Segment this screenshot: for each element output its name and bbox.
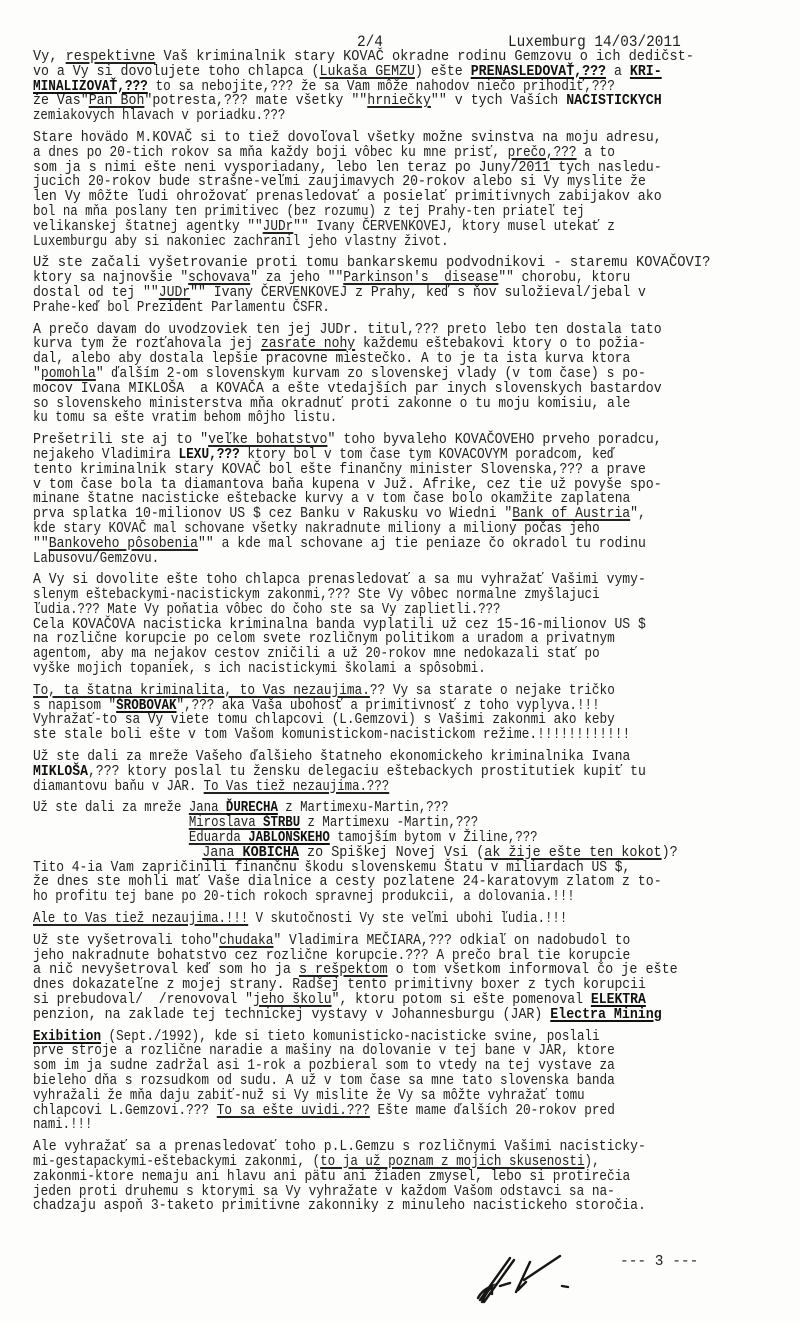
underlined-text: Parkinson's disease bbox=[343, 270, 498, 286]
text-segment: ?? Vy sa starate o nejake tričko bbox=[370, 683, 615, 699]
text-line: prva splatka 10-milionov US $ cez Banku … bbox=[33, 507, 717, 522]
text-segment: Ešte mame ďalších 20-rokov pred bbox=[370, 1103, 615, 1119]
paragraph: Ale to Vas tiež nezaujima.!!! V skutočno… bbox=[33, 912, 793, 927]
text-line: Už ste vyšetrovali toho"chudaka" Vladimi… bbox=[33, 934, 708, 949]
document-page: 2/4 Luxemburg 14/03/2011 Vy, respektivne… bbox=[0, 0, 800, 1321]
underlined-text: respektivne bbox=[66, 49, 156, 65]
text-segment: ) ešte bbox=[415, 64, 471, 80]
text-segment: ,??? ktory poslal tu žensku delegaciu eš… bbox=[88, 764, 646, 780]
text-line: dostal od tej ""JUDr"" Ivany ČERVENKOVEJ… bbox=[33, 286, 717, 301]
underlined-text: ak žije ešte ten kokot bbox=[484, 845, 661, 861]
text-line: zakonmi-ktore nemaju ani hlavu ani pätu … bbox=[33, 1170, 708, 1185]
text-segment: A Vy si dovolite ešte toho chlapca prena… bbox=[33, 572, 646, 588]
text-line: Luxemburgu aby si nakoniec zachranil jeh… bbox=[33, 235, 679, 250]
text-line: vyške mojich topaniek, s ich nacistickym… bbox=[33, 662, 679, 677]
text-segment: agentom, aby ma nejakov cestov zničili a… bbox=[33, 646, 600, 662]
text-line: MIKLOŠA,??? ktory poslal tu žensku deleg… bbox=[33, 765, 717, 780]
text-segment: Už ste dali za mreže Vašeho ďalšieho šta… bbox=[33, 749, 630, 765]
text-line: zemiakovych hlavach v poriadku.??? bbox=[33, 109, 679, 124]
text-line: ku tomu sa ešte vratim behom môjho listu… bbox=[33, 411, 679, 426]
text-segment: Ale vyhražať sa a prenasledovať toho p.L… bbox=[33, 1139, 646, 1155]
text-line: slenym eštebackymi-nacistickym zakonmi,?… bbox=[33, 588, 691, 603]
text-line: Už ste dali za mreže Vašeho ďalšieho šta… bbox=[33, 750, 708, 765]
text-line: kurva tym že rozťahovala jej zasrate noh… bbox=[33, 337, 717, 352]
underlined-text: Pan Boh bbox=[89, 93, 145, 109]
text-segment: Prahe-keď bol Prezident Parlamentu ČSFR. bbox=[33, 300, 330, 316]
underlined-text: Lukaša GEMZU bbox=[319, 64, 415, 80]
text-segment: vyhražali že mňa daju zabiť-nuž si Vy mi… bbox=[33, 1088, 585, 1104]
text-segment: ", ktoru potom si ešte pomenoval bbox=[332, 992, 591, 1008]
paragraph: A Vy si dovolite ešte toho chlapca prena… bbox=[33, 573, 793, 677]
text-line: Už ste dali za mreže Jana ĎURECHA z Mart… bbox=[33, 801, 679, 816]
text-line: vyhražali že mňa daju zabiť-nuž si Vy mi… bbox=[33, 1089, 682, 1104]
text-segment: Luxemburgu aby si nakoniec zachranil jeh… bbox=[33, 234, 449, 250]
text-line: Už ste začali vyšetrovanie proti tomu ba… bbox=[33, 256, 752, 271]
text-segment: zemiakovych hlavach v poriadku.??? bbox=[33, 108, 285, 124]
underlined-text: pomohla bbox=[41, 366, 96, 382]
text-segment: mi-gestapackymi-eštebackymi zakonmi, ( bbox=[33, 1154, 320, 1170]
text-segment: Prešetrili ste aj to " bbox=[33, 432, 208, 448]
text-segment: penzion, na zaklade tej technickej vysta… bbox=[33, 1007, 550, 1023]
bold-text: MIKLOŠA bbox=[33, 764, 88, 780]
text-line: ľudia.??? Mate Vy poňatia vôbec do čoho … bbox=[33, 603, 679, 618]
text-line: jeho nakradnute bohatstvo cez rozlične k… bbox=[33, 949, 708, 964]
text-segment: " ďalším 2-om slovenskym kurvam zo slove… bbox=[96, 366, 646, 382]
text-segment: z Martimexu -Martin,??? bbox=[300, 815, 478, 831]
underlined-text: To sa ešte uvidi.??? bbox=[217, 1103, 370, 1119]
text-segment: "" bbox=[33, 536, 49, 552]
text-segment: ku tomu sa ešte vratim behom môjho listu… bbox=[33, 410, 337, 426]
text-line: ste stale boli ešte v tom Vašom komunist… bbox=[33, 728, 708, 743]
underlined-text: ELEKTRA bbox=[591, 992, 646, 1008]
text-segment: jeho nakradnute bohatstvo cez rozlične k… bbox=[33, 948, 630, 964]
underlined-text: ŠROBOVAK bbox=[116, 698, 176, 714]
text-line: len Vy môžte ľudi ohrožovať prenasledova… bbox=[33, 190, 726, 205]
underlined-text: ĎURECHA bbox=[226, 800, 278, 816]
bold-text: NACISTICKYCH bbox=[566, 93, 662, 109]
text-segment: "" v tych Vaších bbox=[431, 93, 566, 109]
text-segment: ľudia.??? Mate Vy poňatia vôbec do čoho … bbox=[33, 602, 500, 618]
paragraph: Vy, respektivne Vaš kriminalnik stary KO… bbox=[33, 50, 793, 124]
underlined-text: hrniečky bbox=[367, 93, 431, 109]
text-line: Miroslava ŠTRBU z Martimexu -Martin,??? bbox=[33, 816, 679, 831]
text-segment: )? bbox=[662, 845, 678, 861]
text-segment: o tom všetkom informoval čo je ešte bbox=[388, 962, 678, 978]
text-line: penzion, na zaklade tej technickej vysta… bbox=[33, 1008, 726, 1023]
text-segment: bieleho dňa s rozsudkom od sudu. A už v … bbox=[33, 1073, 615, 1089]
text-segment: " bbox=[33, 366, 41, 382]
letter-header: 2/4 Luxemburg 14/03/2011 bbox=[0, 29, 800, 47]
text-line: To, ta štatna kriminalita, to Vas nezauj… bbox=[33, 684, 700, 699]
text-segment: Už ste dali za mreže bbox=[33, 800, 189, 816]
text-segment: každemu eštebakovi ktory o to požia- bbox=[355, 336, 646, 352]
text-segment: si prebudoval/ /renovoval " bbox=[33, 992, 253, 1008]
underlined-text: Miroslava bbox=[189, 815, 263, 831]
underlined-text: KOBICHA bbox=[243, 845, 299, 861]
text-line: prve stroje a rozlične naradie a mašiny … bbox=[33, 1044, 700, 1059]
text-segment: " Vladimira MEČIARA,??? odkiaľ on nadobu… bbox=[273, 933, 630, 949]
text-segment: nami.!!! bbox=[33, 1117, 92, 1133]
text-line: "pomohla" ďalším 2-om slovenskym kurvam … bbox=[33, 367, 717, 382]
text-segment: ho profitu tej bane po 20-tich rokoch sp… bbox=[33, 889, 575, 905]
text-line: Eduarda JABLONSKEHO tamojším bytom v Žil… bbox=[33, 831, 679, 846]
text-segment: Vaš kriminalnik stary KOVAČ okradne rodi… bbox=[155, 49, 694, 65]
text-line: Exibition (Sept./1992), kde si tieto kom… bbox=[33, 1030, 691, 1045]
text-line: diamantovu baňu v JAR. To Vas tiež nezau… bbox=[33, 780, 679, 795]
text-line: a dnes po 20-tich rokov sa mňa každy boj… bbox=[33, 146, 700, 161]
text-line: chadzaju aspoň 3-taketo primitivne zakon… bbox=[33, 1199, 717, 1214]
text-line: nami.!!! bbox=[33, 1118, 679, 1133]
text-segment: dal, alebo aby dostala lepšie pracovne m… bbox=[33, 351, 630, 367]
text-segment: chlapcovi L.Gemzovi.??? bbox=[33, 1103, 217, 1119]
text-segment: tamojším bytom v Žiline,??? bbox=[330, 830, 538, 846]
text-line: s napisom "ŠROBOVAK",??? aka Vaša ubohos… bbox=[33, 699, 691, 714]
text-segment: ktory sa najnovšie " bbox=[33, 270, 188, 286]
text-segment: chadzaju aspoň 3-taketo primitivne zakon… bbox=[33, 1198, 646, 1214]
text-segment: (Sept./1992), kde si tieto komunisticko-… bbox=[101, 1029, 600, 1045]
text-segment: "potresta,??? mate všetky "" bbox=[144, 93, 367, 109]
underlined-text: s rešpektom bbox=[299, 962, 388, 978]
text-segment: ktory bol v tom čase tym KOVACOVYM porad… bbox=[240, 447, 615, 463]
text-segment: Labusovu/Gemzovu. bbox=[33, 551, 159, 567]
text-line: bol na mňa poslany ten primitivec (bez r… bbox=[33, 205, 682, 220]
text-segment: V skutočnosti Vy ste veľmi ubohi ľudia.!… bbox=[248, 911, 567, 927]
text-segment: bol na mňa poslany ten primitivec (bez r… bbox=[33, 204, 585, 220]
underlined-text: schovava bbox=[188, 270, 250, 286]
text-line: agentom, aby ma nejakov cestov zničili a… bbox=[33, 647, 691, 662]
text-segment: zo Spiškej Novej Vsi ( bbox=[299, 845, 484, 861]
underlined-text: prečo,??? bbox=[508, 145, 577, 161]
text-line: kde stary KOVAČ mal schovane všetky nakr… bbox=[33, 522, 691, 537]
signature-icon bbox=[470, 1250, 590, 1305]
text-segment: tento kriminalnik stary KOVAČ bol ešte f… bbox=[33, 462, 646, 478]
text-segment: Vy, bbox=[33, 49, 66, 65]
text-line: dnes dokazateľne z mojej strany. Radšej … bbox=[33, 978, 717, 993]
paragraph: Už ste dali za mreže Jana ĎURECHA z Mart… bbox=[33, 801, 793, 905]
text-segment: Stare hovädo M.KOVAČ si to tiež dovoľova… bbox=[33, 130, 662, 146]
text-segment: že dnes ste mohli mať Vaše dialnice a ce… bbox=[33, 874, 662, 890]
text-segment: mocov Ivana MIKLOŠA a KOVAČA a ešte vted… bbox=[33, 381, 662, 397]
text-segment: vyške mojich topaniek, s ich nacistickym… bbox=[33, 661, 486, 677]
text-segment: ", bbox=[630, 506, 646, 522]
text-line: Vy, respektivne Vaš kriminalnik stary KO… bbox=[33, 50, 743, 65]
text-line: nejakeho Vladimira LEXU,??? ktory bol v … bbox=[33, 448, 700, 463]
underlined-text: Bank of Austria bbox=[512, 506, 630, 522]
text-line: jeden proti druhemu s ktorymi sa Vy vyhr… bbox=[33, 1185, 700, 1200]
text-segment: "" chorobu, ktoru bbox=[498, 270, 630, 286]
text-segment: " za jeho "" bbox=[250, 270, 343, 286]
text-segment: to sa nebojite,??? že sa Vam môže nahodo… bbox=[148, 79, 615, 95]
page-number: --- 3 --- bbox=[620, 1254, 698, 1270]
paragraph: Exibition (Sept./1992), kde si tieto kom… bbox=[33, 1030, 793, 1134]
text-line: mi-gestapackymi-eštebackymi zakonmi, (to… bbox=[33, 1155, 691, 1170]
text-segment: ste stale boli ešte v tom Vašom komunist… bbox=[33, 727, 630, 743]
text-segment: " toho byvaleho KOVAČOVEHO prveho poradc… bbox=[327, 432, 661, 448]
text-line: vo a Vy si dovolujete toho chlapca (Luka… bbox=[33, 65, 726, 80]
text-segment: "" Ivany ČERVENKOVEJ z Prahy, keď s ňov … bbox=[190, 285, 646, 301]
underlined-text: ŠTRBU bbox=[263, 815, 300, 831]
text-segment: len Vy môžte ľudi ohrožovať prenasledova… bbox=[33, 189, 662, 205]
paragraph: Ale vyhražať sa a prenasledovať toho p.L… bbox=[33, 1140, 793, 1214]
underlined-text: veľke bohatstvo bbox=[208, 432, 327, 448]
text-segment: som ja s nimi ešte neni vysporiadany, le… bbox=[33, 160, 662, 176]
text-segment: kde stary KOVAČ mal schovane všetky nakr… bbox=[33, 521, 600, 537]
text-line: že dnes ste mohli mať Vaše dialnice a ce… bbox=[33, 875, 726, 890]
text-segment: Už ste začali vyšetrovanie proti tomu ba… bbox=[33, 255, 710, 271]
text-line: Stare hovädo M.KOVAČ si to tiež dovoľova… bbox=[33, 131, 726, 146]
text-line: Ale to Vas tiež nezaujima.!!! V skutočno… bbox=[33, 912, 679, 927]
paragraph: Stare hovädo M.KOVAČ si to tiež dovoľova… bbox=[33, 131, 793, 249]
text-segment: jeden proti druhemu s ktorymi sa Vy vyhr… bbox=[33, 1184, 615, 1200]
paragraph: Už ste vyšetrovali toho"chudaka" Vladimi… bbox=[33, 934, 793, 1023]
text-segment bbox=[33, 845, 202, 861]
underlined-text: JUDr bbox=[159, 285, 190, 301]
text-segment: diamantovu baňu v JAR. bbox=[33, 779, 204, 795]
text-segment bbox=[33, 830, 189, 846]
text-line: si prebudoval/ /renovoval "jeho školu", … bbox=[33, 993, 717, 1008]
text-segment: jucich 20-rokov bude strašne-veľmi zauji… bbox=[33, 174, 646, 190]
text-line: Cela KOVAČOVA nacisticka kriminalna band… bbox=[33, 618, 717, 633]
text-line: Ale vyhražať sa a prenasledovať toho p.L… bbox=[33, 1140, 717, 1155]
text-line: A Vy si dovolite ešte toho chlapca prena… bbox=[33, 573, 717, 588]
text-segment: ",??? aka Vaša ubohosť a primitivnosť z … bbox=[177, 698, 600, 714]
text-segment: prve stroje a rozlične naradie a mašiny … bbox=[33, 1043, 615, 1059]
text-segment: A prečo davam do uvodzoviek ten jej JUDr… bbox=[33, 322, 662, 338]
text-segment: vo a Vy si dovolujete toho chlapca ( bbox=[33, 64, 319, 80]
underlined-text: Ale to Vas tiež nezaujima.!!! bbox=[33, 911, 248, 927]
underlined-text: Jana bbox=[202, 845, 242, 861]
text-segment: "" Ivany ČERVENKOVEJ, ktory musel utekať… bbox=[293, 219, 615, 235]
text-segment: a dnes po 20-tich rokov sa mňa každy boj… bbox=[33, 145, 508, 161]
text-line: mocov Ivana MIKLOŠA a KOVAČA a ešte vted… bbox=[33, 382, 726, 397]
text-segment: minane štatne nacisticke eštebacke kurvy… bbox=[33, 491, 630, 507]
text-segment bbox=[33, 815, 189, 831]
text-segment: slenym eštebackymi-nacistickym zakonmi,?… bbox=[33, 587, 600, 603]
text-line: ""Bankoveho pôsobenia"" a kde mal schova… bbox=[33, 537, 717, 552]
underlined-text: PRENASLEDOVAŤ,??? bbox=[471, 64, 606, 80]
text-segment: a bbox=[606, 64, 630, 80]
text-segment: z Martimexu-Martin,??? bbox=[278, 800, 449, 816]
underlined-text: KRI- bbox=[630, 64, 662, 80]
text-line: minane štatne nacisticke eštebacke kurvy… bbox=[33, 492, 708, 507]
text-segment: zakonmi-ktore nemaju ani hlavu ani pätu … bbox=[33, 1169, 630, 1185]
text-segment: na rozlične korupcie po celom svete rozl… bbox=[33, 631, 615, 647]
underlined-text: Bankoveho pôsobenia bbox=[49, 536, 198, 552]
paragraph: Už ste dali za mreže Vašeho ďalšieho šta… bbox=[33, 750, 793, 794]
text-segment: prva splatka 10-milionov US $ cez Banku … bbox=[33, 506, 512, 522]
text-segment: kurva tym že rozťahovala jej bbox=[33, 336, 261, 352]
text-line: že Vas"Pan Boh"potresta,??? mate všetky … bbox=[33, 94, 726, 109]
paragraph: Už ste začali vyšetrovanie proti tomu ba… bbox=[33, 256, 793, 315]
text-segment: Tito 4-ia Vam zapričinili finančnu škodu… bbox=[33, 860, 630, 876]
underlined-text: chudaka bbox=[219, 933, 273, 949]
text-line: Prešetrili ste aj to "veľke bohatstvo" t… bbox=[33, 433, 726, 448]
text-segment: "" a kde mal schovane aj tie peniaze čo … bbox=[198, 536, 646, 552]
text-segment: že Vas" bbox=[33, 93, 89, 109]
text-segment: nejakeho Vladimira bbox=[33, 447, 178, 463]
text-line: v tom čase bola ta diamantova baňa kupen… bbox=[33, 478, 726, 493]
text-line: MINALIZOVAŤ,??? to sa nebojite,??? že sa… bbox=[33, 80, 700, 95]
underlined-text: To Vas tiež nezaujima.??? bbox=[204, 779, 390, 795]
text-segment: Cela KOVAČOVA nacisticka kriminalna band… bbox=[33, 617, 646, 633]
text-line: Prahe-keď bol Prezident Parlamentu ČSFR. bbox=[33, 301, 679, 316]
text-line: ktory sa najnovšie "schovava" za jeho ""… bbox=[33, 271, 708, 286]
text-line: chlapcovi L.Gemzovi.??? To sa ešte uvidi… bbox=[33, 1104, 700, 1119]
text-line: tento kriminalnik stary KOVAČ bol ešte f… bbox=[33, 463, 717, 478]
letter-body: Vy, respektivne Vaš kriminalnik stary KO… bbox=[33, 50, 793, 1221]
text-segment: velikanskej štatnej agentky "" bbox=[33, 219, 263, 235]
text-segment: Vyhražať-to sa Vy viete tomu chlapcovi (… bbox=[33, 712, 615, 728]
text-segment: so slovenskeho ministerstva mňa okradnuť… bbox=[33, 396, 630, 412]
paragraph: Prešetrili ste aj to "veľke bohatstvo" t… bbox=[33, 433, 793, 566]
text-line: A prečo davam do uvodzoviek ten jej JUDr… bbox=[33, 323, 726, 338]
text-line: ho profitu tej bane po 20-tich rokoch sp… bbox=[33, 890, 679, 905]
text-line: na rozlične korupcie po celom svete rozl… bbox=[33, 632, 700, 647]
underlined-text: Exibition bbox=[33, 1029, 101, 1045]
text-line: so slovenskeho ministerstva mňa okradnuť… bbox=[33, 397, 708, 412]
text-line: jucich 20-rokov bude strašne-veľmi zauji… bbox=[33, 175, 717, 190]
text-line: a nič nevyšetroval keď som ho ja s rešpe… bbox=[33, 963, 735, 978]
text-segment: a to bbox=[577, 145, 615, 161]
text-line: Jana KOBICHA zo Spiškej Novej Vsi (ak ži… bbox=[33, 846, 735, 861]
underlined-text: To, ta štatna kriminalita, to Vas nezauj… bbox=[33, 683, 370, 699]
paragraph: To, ta štatna kriminalita, to Vas nezauj… bbox=[33, 684, 793, 743]
text-segment: v tom čase bola ta diamantova baňa kupen… bbox=[33, 477, 662, 493]
text-line: som im ja sudne zadržal asi 1-rok a pozb… bbox=[33, 1059, 700, 1074]
text-segment: dnes dokazateľne z mojej strany. Radšej … bbox=[33, 977, 646, 993]
text-segment: s napisom " bbox=[33, 698, 116, 714]
underlined-text: Electra Mining bbox=[550, 1007, 661, 1023]
underlined-text: Eduarda bbox=[189, 830, 248, 846]
text-line: Vyhražať-to sa Vy viete tomu chlapcovi (… bbox=[33, 713, 700, 728]
text-line: velikanskej štatnej agentky ""JUDr"" Iva… bbox=[33, 220, 700, 235]
text-line: dal, alebo aby dostala lepšie pracovne m… bbox=[33, 352, 708, 367]
underlined-text: MINALIZOVAŤ,??? bbox=[33, 79, 148, 95]
underlined-text: Jana bbox=[189, 800, 226, 816]
text-segment: a nič nevyšetroval keď som ho ja bbox=[33, 962, 299, 978]
text-segment: dostal od tej "" bbox=[33, 285, 159, 301]
paragraph: A prečo davam do uvodzoviek ten jej JUDr… bbox=[33, 323, 793, 427]
text-segment: som im ja sudne zadržal asi 1-rok a pozb… bbox=[33, 1058, 615, 1074]
underlined-text: JUDr bbox=[263, 219, 294, 235]
bold-text: LEXU,??? bbox=[178, 447, 239, 463]
underlined-text: zasrate nohy bbox=[261, 336, 355, 352]
underlined-text: JABLONSKEHO bbox=[248, 830, 330, 846]
text-segment: Už ste vyšetrovali toho" bbox=[33, 933, 219, 949]
underlined-text: to ja už poznam z mojich skusenosti bbox=[320, 1154, 584, 1170]
text-segment: ), bbox=[585, 1154, 600, 1170]
underlined-text: jeho školu bbox=[253, 992, 332, 1008]
text-line: som ja s nimi ešte neni vysporiadany, le… bbox=[33, 161, 726, 176]
text-line: Labusovu/Gemzovu. bbox=[33, 552, 679, 567]
text-line: Tito 4-ia Vam zapričinili finančnu škodu… bbox=[33, 861, 708, 876]
text-line: bieleho dňa s rozsudkom od sudu. A už v … bbox=[33, 1074, 700, 1089]
